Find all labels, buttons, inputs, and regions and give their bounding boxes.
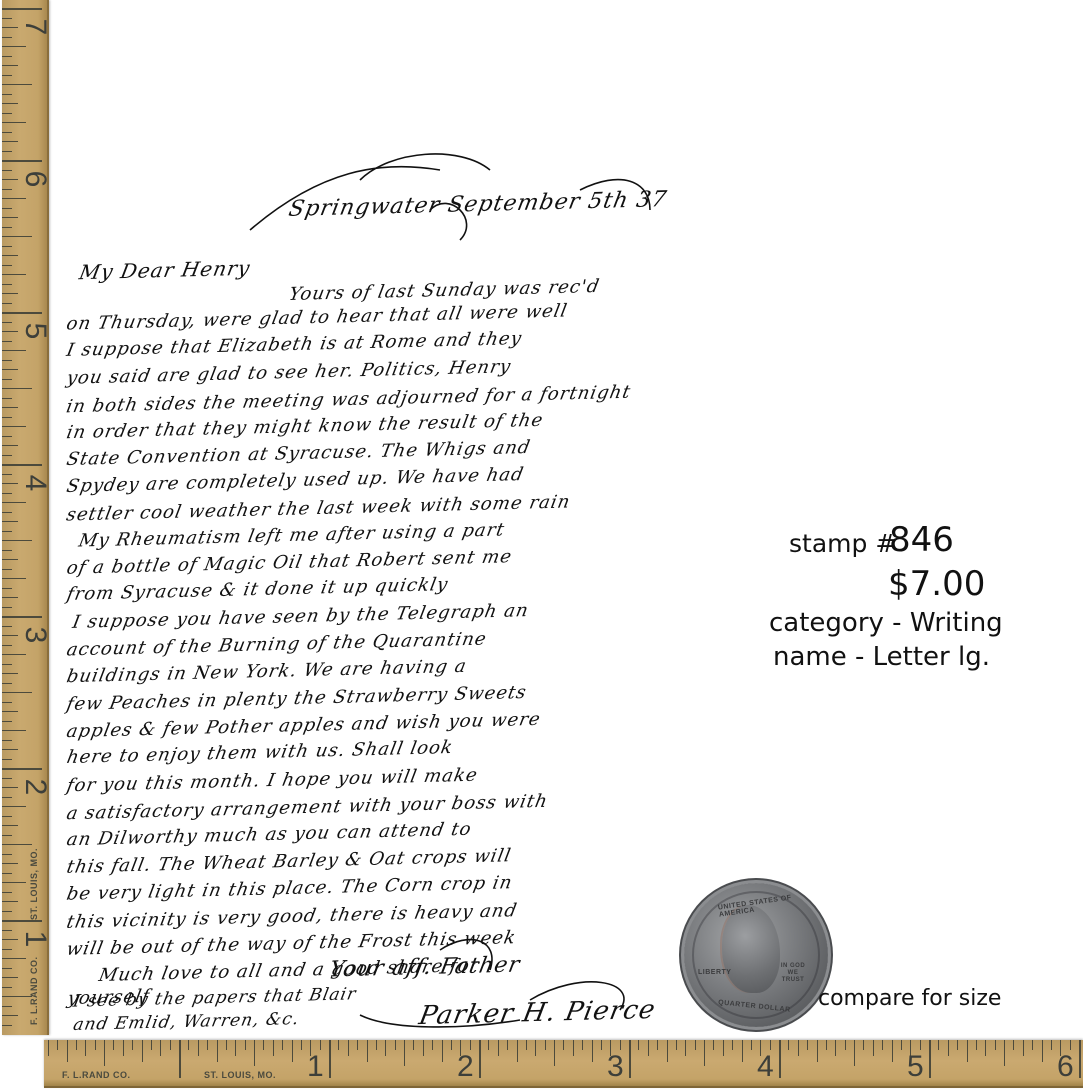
ruler-tick xyxy=(526,1040,527,1050)
ruler-tick xyxy=(2,939,18,940)
ruler-tick xyxy=(1013,1040,1014,1050)
ruler-number: 4 xyxy=(757,1052,774,1082)
ruler-tick xyxy=(2,388,32,389)
letter-signature: Parker H. Pierce xyxy=(417,995,659,1031)
ruler-tick xyxy=(713,1040,714,1050)
ruler-tick xyxy=(826,1040,827,1050)
ruler-tick xyxy=(957,1040,958,1050)
ruler-number: 7 xyxy=(20,12,50,42)
ruler-tick xyxy=(1042,1040,1043,1062)
ruler-tick xyxy=(667,1040,668,1062)
ruler-tick xyxy=(301,1040,302,1050)
ruler-tick xyxy=(845,1040,846,1050)
ruler-tick xyxy=(2,844,32,845)
ruler-tick xyxy=(2,987,12,988)
ruler-tick xyxy=(1070,1040,1071,1050)
ruler-tick xyxy=(873,1040,874,1056)
ruler-tick xyxy=(2,122,26,123)
ruler-tick xyxy=(2,901,18,902)
ruler-tick xyxy=(2,37,12,38)
ruler-tick xyxy=(2,360,12,361)
ruler-number: 3 xyxy=(20,620,50,650)
ruler-tick xyxy=(95,1040,96,1050)
ruler-tick xyxy=(2,778,12,779)
ruler-tick xyxy=(732,1040,733,1050)
ruler-tick xyxy=(2,1015,18,1016)
ruler-tick xyxy=(2,521,18,522)
ruler-tick xyxy=(2,977,18,978)
ruler-tick xyxy=(2,84,32,85)
ruler-tick xyxy=(2,702,12,703)
ruler-tick xyxy=(2,369,18,370)
ruler-tick xyxy=(2,673,18,674)
ruler-tick xyxy=(2,721,12,722)
ruler-tick xyxy=(2,255,18,256)
ruler-tick xyxy=(779,1040,781,1078)
ruler-tick xyxy=(179,1040,181,1078)
ruler-tick xyxy=(2,331,18,332)
letter-salutation: My Dear Henry xyxy=(77,256,252,284)
ruler-tick xyxy=(2,208,12,209)
ruler-tick xyxy=(554,1040,555,1066)
ruler-tick xyxy=(423,1040,424,1056)
ruler-tick xyxy=(2,607,12,608)
ruler-tick xyxy=(770,1040,771,1050)
ruler-tick xyxy=(1079,1040,1081,1078)
ruler-tick xyxy=(2,930,12,931)
ruler-number: 6 xyxy=(20,164,50,194)
ruler-tick xyxy=(385,1040,386,1056)
ruler-tick xyxy=(601,1040,602,1050)
ruler-tick xyxy=(798,1040,799,1056)
ruler-tick xyxy=(123,1040,124,1056)
ruler-tick xyxy=(376,1040,377,1050)
ruler-tick xyxy=(2,151,12,152)
ruler-tick xyxy=(985,1040,986,1056)
ruler-tick xyxy=(2,236,32,237)
ruler-tick xyxy=(920,1040,921,1050)
ruler-tick xyxy=(2,683,12,684)
ruler-number: 3 xyxy=(607,1052,624,1082)
ruler-tick xyxy=(2,892,12,893)
ruler-tick xyxy=(704,1040,705,1066)
ruler-tick xyxy=(2,284,12,285)
ruler-number: 1 xyxy=(20,924,50,954)
ruler-tick xyxy=(2,949,12,950)
ruler-tick xyxy=(2,911,12,912)
ruler-tick xyxy=(2,436,12,437)
ruler-tick xyxy=(367,1040,368,1062)
ruler-tick xyxy=(2,198,26,199)
ruler-tick xyxy=(929,1040,931,1078)
ruler-tick xyxy=(188,1040,189,1050)
ruler-number: 5 xyxy=(20,316,50,346)
ruler-tick xyxy=(2,825,18,826)
pen-flourish xyxy=(360,154,490,180)
ruler-tick xyxy=(67,1040,68,1062)
ruler-tick xyxy=(2,882,26,883)
ruler-tick xyxy=(2,274,26,275)
ruler-tick xyxy=(2,645,12,646)
ruler-tick xyxy=(2,464,42,466)
ruler-tick xyxy=(151,1040,152,1050)
ruler-tick xyxy=(1023,1040,1024,1056)
ruler-tick xyxy=(2,996,32,997)
ruler-tick xyxy=(2,531,12,532)
ruler-tick xyxy=(451,1040,452,1050)
ruler-tick xyxy=(2,27,18,28)
ruler-tick xyxy=(1032,1040,1033,1050)
ruler-tick xyxy=(863,1040,864,1050)
ruler-tick xyxy=(2,379,12,380)
ruler-tick xyxy=(432,1040,433,1050)
ruler-tick xyxy=(2,493,12,494)
ruler-number: 2 xyxy=(20,772,50,802)
ruler-tick xyxy=(2,113,12,114)
ruler-tick xyxy=(817,1040,818,1062)
ruler-tick xyxy=(563,1040,564,1050)
ruler-tick xyxy=(132,1040,133,1050)
quarter-coin-image: UNITED STATES OF AMERICA LIBERTY IN GOD … xyxy=(684,883,828,1027)
ruler-tick xyxy=(2,569,12,570)
ruler-tick xyxy=(2,626,12,627)
ruler-tick xyxy=(498,1040,499,1056)
ruler-tick xyxy=(2,863,18,864)
ruler-brand: F. L.RAND CO. xyxy=(62,1070,131,1080)
ruler-tick xyxy=(2,597,18,598)
ruler-tick xyxy=(263,1040,264,1050)
ruler-tick xyxy=(948,1040,949,1056)
ruler-tick xyxy=(751,1040,752,1050)
ruler-tick xyxy=(2,635,18,636)
ruler-tick xyxy=(995,1040,996,1050)
ruler-tick xyxy=(395,1040,396,1050)
ruler-tick xyxy=(104,1040,105,1066)
ruler-number: 2 xyxy=(457,1052,474,1082)
ruler-tick xyxy=(2,664,12,665)
ruler-tick xyxy=(2,303,12,304)
ruler-tick xyxy=(517,1040,518,1062)
ruler-tick xyxy=(2,179,18,180)
ruler-tick xyxy=(470,1040,471,1050)
ruler-tick xyxy=(76,1040,77,1050)
ruler-tick xyxy=(2,588,12,589)
ruler-tick xyxy=(807,1040,808,1050)
ruler-tick xyxy=(2,293,18,294)
ruler-tick xyxy=(2,65,18,66)
ruler-tick xyxy=(2,141,18,142)
ruler-tick xyxy=(2,455,12,456)
ruler-tick xyxy=(338,1040,339,1050)
ruler-tick xyxy=(2,768,42,770)
ruler-number: 6 xyxy=(1057,1052,1074,1082)
ruler-tick xyxy=(788,1040,789,1050)
ruler-tick xyxy=(882,1040,883,1050)
ruler-tick xyxy=(685,1040,686,1056)
ruler-tick xyxy=(2,445,18,446)
ruler-tick xyxy=(245,1040,246,1050)
ruler-tick xyxy=(2,806,26,807)
ruler-tick xyxy=(742,1040,743,1062)
ruler-number: 5 xyxy=(907,1052,924,1082)
ruler-tick xyxy=(2,56,12,57)
ruler-tick xyxy=(357,1040,358,1050)
ruler-tick xyxy=(535,1040,536,1056)
ruler-tick xyxy=(2,616,42,618)
ruler-tick xyxy=(1051,1040,1052,1050)
ruler-tick xyxy=(254,1040,255,1066)
ruler-tick xyxy=(2,103,18,104)
ruler-tick xyxy=(488,1040,489,1050)
ruler-tick xyxy=(2,759,12,760)
ruler-tick xyxy=(2,559,18,560)
ruler-tick xyxy=(2,265,12,266)
stamp-name: name - Letter lg. xyxy=(773,642,990,672)
ruler-tick xyxy=(620,1040,621,1050)
ruler-tick xyxy=(235,1040,236,1056)
ruler-tick xyxy=(57,1040,58,1050)
ruler-tick xyxy=(2,417,12,418)
ruler-tick xyxy=(217,1040,218,1062)
ruler-tick xyxy=(2,312,42,314)
ruler-tick xyxy=(2,18,12,19)
ruler-tick xyxy=(967,1040,968,1062)
ruler-tick xyxy=(198,1040,199,1056)
ruler-tick xyxy=(282,1040,283,1050)
ruler-tick xyxy=(2,502,26,503)
stamp-category: category - Writing xyxy=(769,608,1003,638)
ruler-tick xyxy=(676,1040,677,1050)
ruler-tick xyxy=(648,1040,649,1056)
ruler-tick xyxy=(442,1040,443,1062)
ruler-tick xyxy=(2,170,12,171)
ruler-tick xyxy=(507,1040,508,1050)
ruler-tick xyxy=(113,1040,114,1050)
ruler-tick xyxy=(892,1040,893,1062)
ruler-tick xyxy=(2,873,12,874)
stamp-price: $7.00 xyxy=(888,564,985,604)
ruler-tick xyxy=(2,483,18,484)
ruler-tick xyxy=(2,968,12,969)
ruler-tick xyxy=(348,1040,349,1056)
ruler-tick xyxy=(723,1040,724,1056)
ruler-tick xyxy=(2,341,12,342)
ruler-tick xyxy=(2,654,26,655)
ruler-tick xyxy=(976,1040,977,1050)
ruler-tick xyxy=(2,787,18,788)
ruler-tick xyxy=(2,474,12,475)
stamp-label: stamp # xyxy=(789,529,896,558)
ruler-tick xyxy=(2,1025,12,1026)
ruler-tick xyxy=(835,1040,836,1056)
ruler-tick xyxy=(573,1040,574,1056)
ruler-tick xyxy=(638,1040,639,1050)
ruler-tick xyxy=(2,407,18,408)
ruler-tick xyxy=(2,322,12,323)
ruler-city: ST. LOUIS, MO. xyxy=(29,848,39,920)
ruler-tick xyxy=(2,550,12,551)
ruler-tick xyxy=(2,1006,12,1007)
ruler-tick xyxy=(854,1040,855,1066)
ruler-tick xyxy=(413,1040,414,1050)
stamp-number: 846 xyxy=(889,520,954,560)
ruler-tick xyxy=(695,1040,696,1050)
ruler-tick xyxy=(2,46,26,47)
ruler-tick xyxy=(1004,1040,1005,1066)
ruler-tick xyxy=(938,1040,939,1050)
ruler-tick xyxy=(48,1040,49,1056)
ruler-tick xyxy=(170,1040,171,1050)
ruler-city: ST. LOUIS, MO. xyxy=(204,1070,276,1080)
ruler-tick xyxy=(901,1040,902,1050)
ruler-tick xyxy=(629,1040,631,1078)
ruler-number: 1 xyxy=(307,1052,324,1082)
ruler-tick xyxy=(2,227,12,228)
ruler-brand: F. L.RAND CO. xyxy=(29,957,39,1026)
ruler-tick xyxy=(2,350,26,351)
ruler-tick xyxy=(2,711,18,712)
ruler-tick xyxy=(273,1040,274,1056)
ruler-tick xyxy=(2,816,12,817)
ruler-tick xyxy=(2,217,18,218)
ruler-tick xyxy=(2,692,32,693)
ruler-tick xyxy=(2,749,18,750)
ruler-tick xyxy=(207,1040,208,1050)
ruler-tick xyxy=(2,94,12,95)
ruler-tick xyxy=(2,160,42,162)
ruler-tick xyxy=(2,835,12,836)
ruler-tick xyxy=(2,8,42,10)
handwritten-letter-stamp-image: Springwater September 5th 37My Dear Henr… xyxy=(60,150,660,1035)
ruler-tick xyxy=(2,797,12,798)
ruler-tick xyxy=(292,1040,293,1062)
ruler-tick xyxy=(592,1040,593,1062)
ruler-tick xyxy=(85,1040,86,1056)
ruler-tick xyxy=(2,426,26,427)
ruler-number: 4 xyxy=(20,468,50,498)
ruler-tick xyxy=(320,1040,321,1050)
vertical-ruler: 7654321F. L.RAND CO.ST. LOUIS, MO. xyxy=(2,0,49,1035)
coin-legend-left: LIBERTY xyxy=(698,969,731,976)
ruler-tick xyxy=(545,1040,546,1050)
ruler-tick xyxy=(2,132,12,133)
coin-legend-right: IN GOD WE TRUST xyxy=(776,963,810,984)
horizontal-ruler: 1234567F. L.RAND CO.ST. LOUIS, MO. xyxy=(44,1040,1083,1088)
ruler-tick xyxy=(2,398,12,399)
ruler-tick xyxy=(2,920,42,922)
ruler-tick xyxy=(2,189,12,190)
ruler-tick xyxy=(2,740,12,741)
ruler-tick xyxy=(2,730,26,731)
ruler-tick xyxy=(2,246,12,247)
ruler-tick xyxy=(142,1040,143,1062)
ruler-tick xyxy=(2,75,12,76)
ruler-tick xyxy=(2,540,32,541)
letter-closing: Your aff. Father xyxy=(327,953,522,983)
ruler-tick xyxy=(582,1040,583,1050)
compare-size-caption: compare for size xyxy=(818,986,1001,1011)
ruler-tick xyxy=(404,1040,405,1066)
ruler-tick xyxy=(479,1040,481,1078)
ruler-tick xyxy=(657,1040,658,1050)
ruler-tick xyxy=(329,1040,331,1078)
ruler-tick xyxy=(2,578,26,579)
ruler-tick xyxy=(2,958,26,959)
ruler-tick xyxy=(160,1040,161,1056)
ruler-tick xyxy=(2,854,12,855)
ruler-tick xyxy=(226,1040,227,1050)
ruler-tick xyxy=(2,512,12,513)
